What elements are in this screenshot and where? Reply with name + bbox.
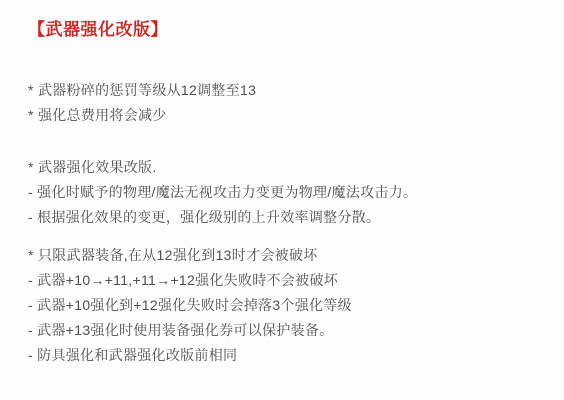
page-title: 【武器强化改版】 <box>28 18 544 42</box>
patch-line: - 武器+10强化到+12强化失败时会掉落3个强化等级 <box>28 293 544 318</box>
patch-section: * 只限武器装备,在从12强化到13时才会被破坏- 武器+10→+11,+11→… <box>28 243 544 368</box>
patch-line: * 只限武器装备,在从12强化到13时才会被破坏 <box>28 243 544 268</box>
patch-section: * 武器强化效果改版.- 强化时赋予的物理/魔法无视攻击力变更为物理/魔法攻击力… <box>28 155 544 230</box>
patch-line: * 武器粉碎的惩罚等级从12调整至13 <box>28 78 544 103</box>
patch-notes-body: * 武器粉碎的惩罚等级从12调整至13* 强化总费用将会减少* 武器强化效果改版… <box>28 78 544 368</box>
patch-line: - 强化时赋予的物理/魔法无视攻击力变更为物理/魔法攻击力。 <box>28 180 544 205</box>
patch-line: - 武器+13强化时使用装备强化券可以保护装备。 <box>28 318 544 343</box>
patch-notes-page: 【武器强化改版】 * 武器粉碎的惩罚等级从12调整至13* 强化总费用将会减少*… <box>0 0 564 400</box>
patch-section: * 武器粉碎的惩罚等级从12调整至13* 强化总费用将会减少 <box>28 78 544 128</box>
patch-line: - 武器+10→+11,+11→+12强化失败時不会被破坏 <box>28 268 544 293</box>
patch-line: - 根据强化效果的变更，强化级别的上升效率调整分散。 <box>28 205 544 230</box>
patch-line: * 武器强化效果改版. <box>28 155 544 180</box>
patch-line: * 强化总费用将会减少 <box>28 103 544 128</box>
patch-line: - 防具强化和武器强化改版前相同 <box>28 343 544 368</box>
